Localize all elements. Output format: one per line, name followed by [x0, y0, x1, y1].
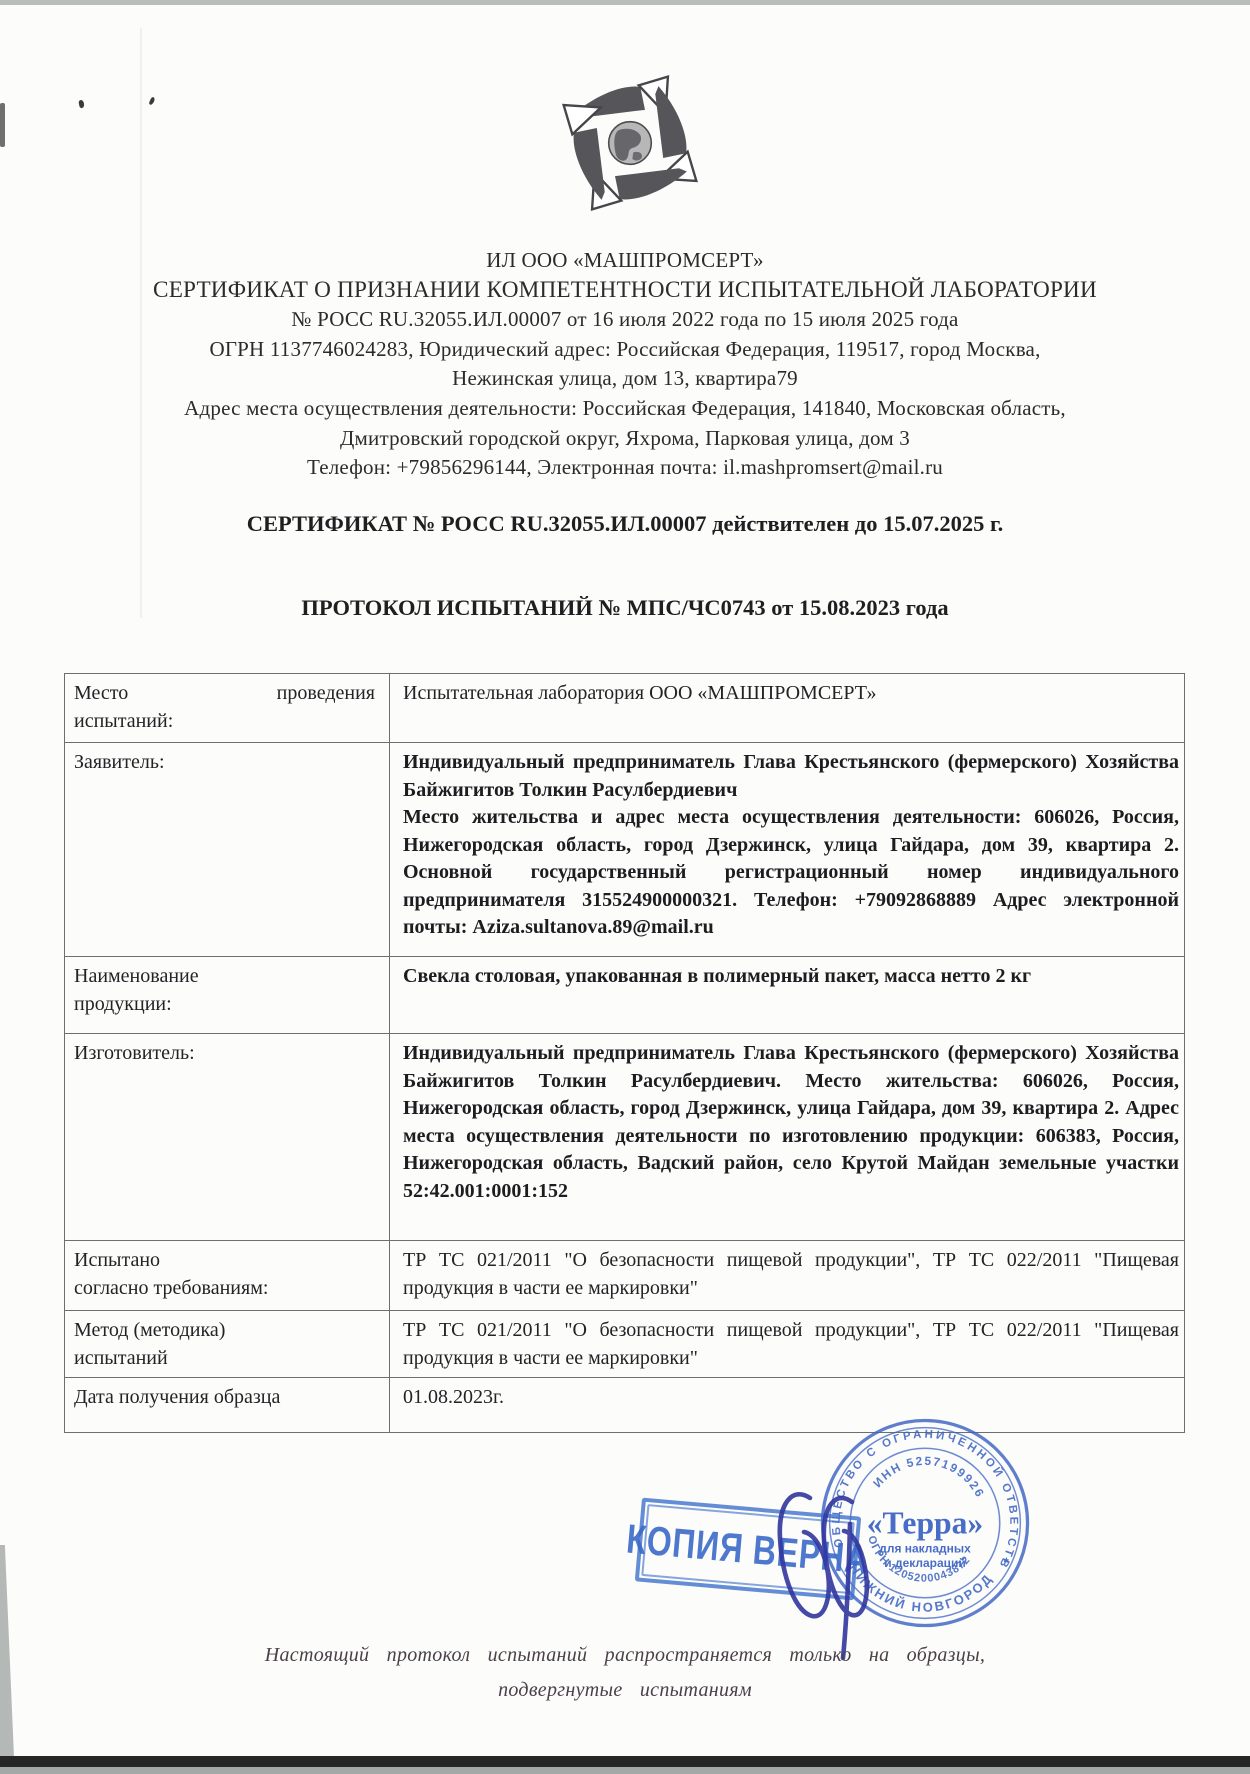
row-value-paragraph: Испытательная лаборатория ООО «МАШПРОМСЕ… [403, 680, 1179, 708]
scan-edge-bottom-grey [0, 1767, 1250, 1774]
row-label: Дата получения образца [65, 1378, 390, 1433]
row-label: Изготовитель: [65, 1034, 390, 1241]
scan-edge-top [0, 0, 1250, 5]
row-label-line: Наименование [74, 963, 375, 991]
table-row: Наименованиепродукции:Свекла столовая, у… [65, 957, 1185, 1034]
row-label: Испытаносогласно требованиям: [65, 1241, 390, 1311]
table-row: Метод (методика)испытанийТР ТС 021/2011 … [65, 1311, 1185, 1378]
row-label-line: согласно требованиям: [74, 1275, 375, 1303]
row-label-line: Дата получения образца [74, 1384, 375, 1412]
row-label-line: Место проведения [74, 680, 375, 708]
protocol-title: ПРОТОКОЛ ИСПЫТАНИЙ № МПС/ЧС0743 от 15.08… [0, 595, 1250, 621]
row-value: Испытательная лаборатория ООО «МАШПРОМСЕ… [390, 674, 1185, 743]
mashpromsert-pinwheel-logo [540, 64, 720, 222]
footer-note-wrap: Настоящий протокол испытаний распростран… [0, 1638, 1250, 1708]
row-value: ТР ТС 021/2011 "О безопасности пищевой п… [390, 1311, 1185, 1378]
row-value: Свекла столовая, упакованная в полимерны… [390, 957, 1185, 1034]
row-label: Метод (методика)испытаний [65, 1311, 390, 1378]
row-label-line: испытаний [74, 1345, 375, 1373]
row-value-paragraph: Место жительства и адрес места осуществл… [403, 804, 1179, 942]
scan-edge-bottom-dark [0, 1756, 1250, 1767]
ogrn-legal-address-line: ОГРН 1137746024283, Юридический адрес: Р… [0, 335, 1250, 365]
row-value: 01.08.2023г. [390, 1378, 1185, 1433]
org-name: ИЛ ООО «МАШПРОМСЕРТ» [0, 246, 1250, 276]
certificate-validity-line: СЕРТИФИКАТ № РОСС RU.32055.ИЛ.00007 дейс… [0, 511, 1250, 537]
stamp-purpose-line1: для накладных [879, 1542, 971, 1556]
scanned-document-page: ИЛ ООО «МАШПРОМСЕРТ» СЕРТИФИКАТ О ПРИЗНА… [0, 0, 1250, 1774]
row-value: Индивидуальный предприниматель Глава Кре… [390, 1034, 1185, 1241]
row-value-paragraph: Свекла столовая, упакованная в полимерны… [403, 963, 1179, 991]
row-label-line: продукции: [74, 991, 375, 1019]
certificate-number-line: № РОСС RU.32055.ИЛ.00007 от 16 июля 2022… [0, 305, 1250, 335]
table-row: Испытаносогласно требованиям:ТР ТС 021/2… [65, 1241, 1185, 1311]
letterhead: ИЛ ООО «МАШПРОМСЕРТ» СЕРТИФИКАТ О ПРИЗНА… [0, 246, 1250, 483]
row-label-line: испытаний: [74, 708, 375, 736]
scan-speck [78, 100, 85, 109]
row-label: Место проведенияиспытаний: [65, 674, 390, 743]
table-row: Изготовитель:Индивидуальный предпринимат… [65, 1034, 1185, 1241]
contacts-line: Телефон: +79856296144, Электронная почта… [0, 453, 1250, 483]
activity-address-line2: Дмитровский городской округ, Яхрома, Пар… [0, 424, 1250, 454]
stamp-purpose-line2: и деклараций [884, 1556, 965, 1570]
lab-certificate-title: СЕРТИФИКАТ О ПРИЗНАНИИ КОМПЕТЕНТНОСТИ ИС… [0, 276, 1250, 306]
protocol-table: Место проведенияиспытаний:Испытательная … [64, 673, 1185, 1433]
footer-note: Настоящий протокол испытаний распростран… [210, 1638, 1040, 1708]
table-row: Место проведенияиспытаний:Испытательная … [65, 674, 1185, 743]
scan-speck [148, 97, 155, 106]
row-value: ТР ТС 021/2011 "О безопасности пищевой п… [390, 1241, 1185, 1311]
row-label-line: Изготовитель: [74, 1040, 375, 1068]
row-value-paragraph: Индивидуальный предприниматель Глава Кре… [403, 749, 1179, 804]
row-label: Наименованиепродукции: [65, 957, 390, 1034]
scan-mark-left [0, 103, 5, 147]
row-label-line: Заявитель: [74, 749, 375, 777]
row-value-paragraph: ТР ТС 021/2011 "О безопасности пищевой п… [403, 1247, 1179, 1302]
row-label-line: Метод (методика) [74, 1317, 375, 1345]
row-label: Заявитель: [65, 743, 390, 957]
legal-address-line2: Нежинская улица, дом 13, квартира79 [0, 364, 1250, 394]
row-value-paragraph: 01.08.2023г. [403, 1384, 1179, 1412]
row-value-paragraph: Индивидуальный предприниматель Глава Кре… [403, 1040, 1179, 1205]
activity-address-line1: Адрес места осуществления деятельности: … [0, 394, 1250, 424]
row-label-line: Испытано [74, 1247, 375, 1275]
row-value: Индивидуальный предприниматель Глава Кре… [390, 743, 1185, 957]
row-value-paragraph: ТР ТС 021/2011 "О безопасности пищевой п… [403, 1317, 1179, 1372]
table-row: Заявитель:Индивидуальный предприниматель… [65, 743, 1185, 957]
